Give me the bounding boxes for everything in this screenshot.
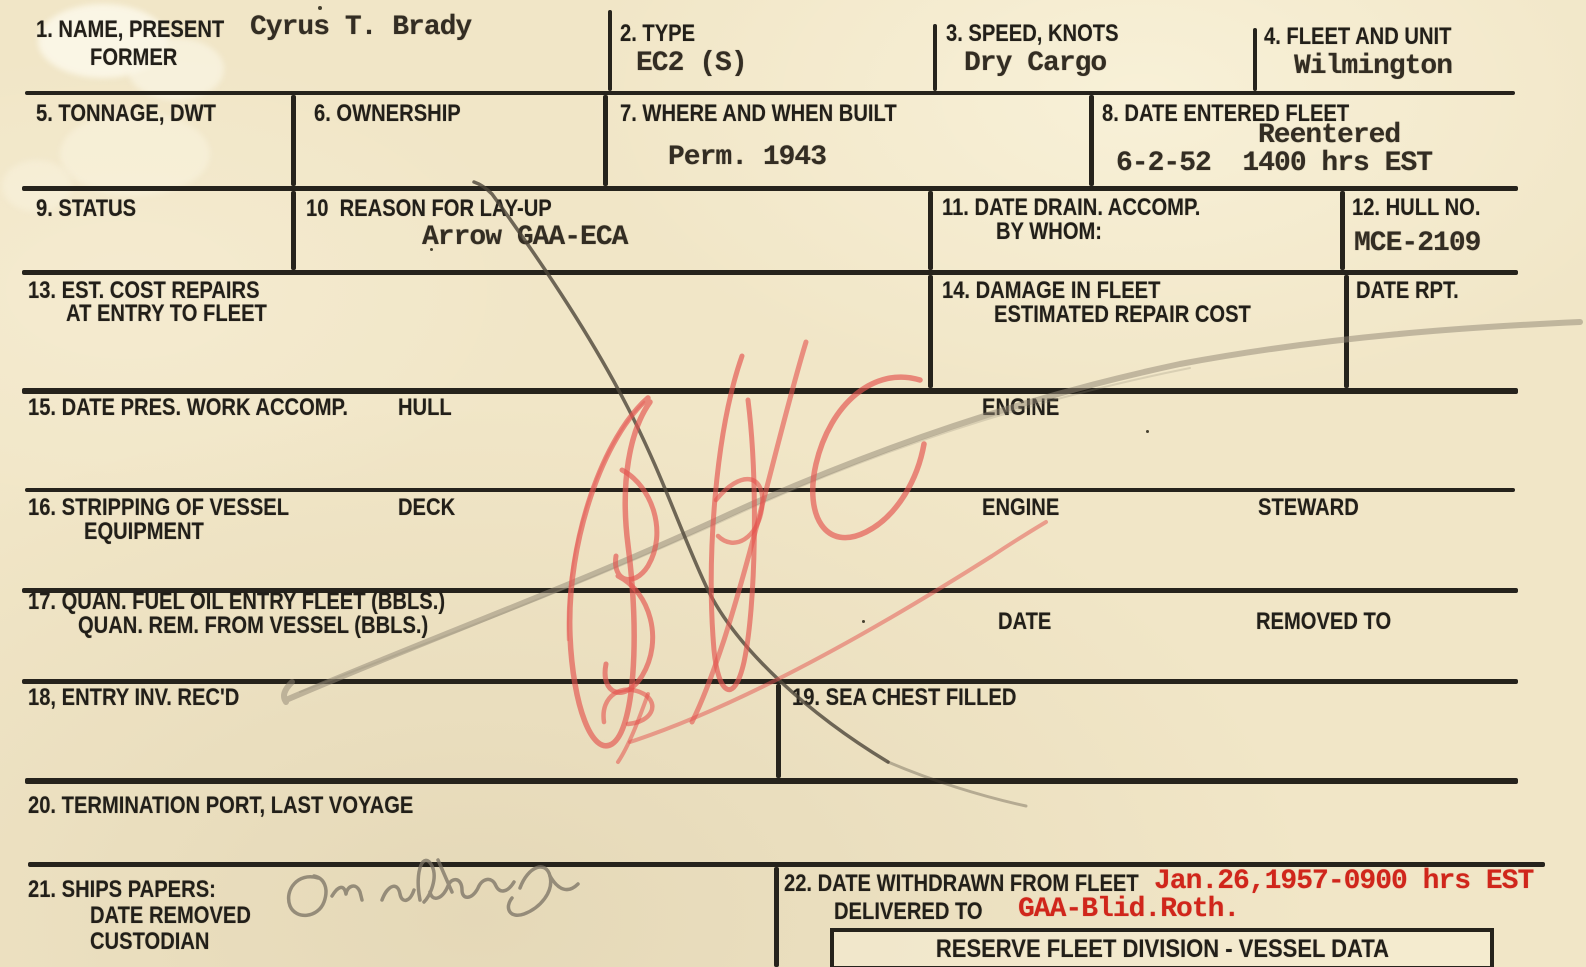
field-value-date-entered: 6-2-52 1400 hrs EST	[1116, 150, 1432, 178]
field-value-built: Perm. 1943	[668, 144, 826, 172]
field-label-steward: STEWARD	[1258, 496, 1359, 520]
field-label-former: FORMER	[90, 46, 177, 70]
pencil-note-handwriting	[289, 860, 578, 915]
field-label-date-drain: 11. DATE DRAIN. ACCOMP.	[942, 196, 1200, 220]
grid-vline	[1089, 95, 1094, 186]
field-label-where-when-built: 7. WHERE AND WHEN BUILT	[620, 102, 897, 126]
grid-vline	[1340, 191, 1345, 270]
grid-vline	[608, 10, 612, 91]
field-value-fleet: Wilmington	[1294, 53, 1452, 81]
field-label-deck: DECK	[398, 496, 455, 520]
field-label-engine-2: ENGINE	[982, 496, 1059, 520]
field-label-termination-port: 20. TERMINATION PORT, LAST VOYAGE	[28, 794, 413, 818]
grid-vline	[603, 95, 608, 186]
field-label-speed-knots: 3. SPEED, KNOTS	[946, 22, 1119, 46]
grid-hline	[22, 186, 1518, 191]
field-value-reentered: Reentered	[1258, 122, 1400, 150]
field-label-fleet-and-unit: 4. FLEET AND UNIT	[1264, 25, 1451, 49]
field-value-delivered-to: GAA-Blid.Roth.	[1018, 896, 1239, 924]
field-label-date-removed: DATE REMOVED	[90, 904, 251, 928]
field-label-date-withdrawn: 22. DATE WITHDRAWN FROM FLEET	[784, 872, 1139, 896]
grid-vline	[928, 275, 933, 388]
field-label-by-whom: BY WHOM:	[996, 220, 1102, 244]
field-label-fuel-oil-entry: 17. QUAN. FUEL OIL ENTRY FLEET (BBLS.)	[28, 590, 445, 614]
field-label-ownership: 6. OWNERSHIP	[314, 102, 461, 126]
dark-pencil-line	[474, 182, 1026, 806]
grid-vline	[291, 191, 296, 270]
field-label-sea-chest-filled: 19. SEA CHEST FILLED	[792, 686, 1016, 710]
field-value-speed: Dry Cargo	[964, 50, 1106, 78]
grid-hline	[25, 91, 1515, 95]
grid-vline	[291, 95, 296, 186]
field-value-type: EC2 (S)	[636, 50, 747, 78]
field-label-equipment: EQUIPMENT	[84, 520, 204, 544]
field-label-at-entry-to-fleet: AT ENTRY TO FLEET	[66, 302, 267, 326]
grid-vline	[928, 191, 933, 270]
field-label-date: DATE	[998, 610, 1051, 634]
vessel-data-card: 1. NAME, PRESENT Cyrus T. Brady FORMER 2…	[0, 0, 1586, 967]
field-label-removed-to: REMOVED TO	[1256, 610, 1391, 634]
ink-speck	[1146, 430, 1149, 433]
field-label-reason-layup: 10 REASON FOR LAY-UP	[306, 197, 552, 221]
grid-vline	[933, 24, 937, 91]
field-value-hull-no: MCE-2109	[1354, 230, 1480, 258]
grid-hline	[25, 778, 1518, 784]
field-label-type: 2. TYPE	[620, 22, 695, 46]
field-label-estimated-repair-cost: ESTIMATED REPAIR COST	[994, 303, 1251, 327]
field-label-fuel-oil-removed: QUAN. REM. FROM VESSEL (BBLS.)	[78, 614, 428, 638]
field-label-damage-in-fleet: 14. DAMAGE IN FLEET	[942, 279, 1160, 303]
footer-title-box: RESERVE FLEET DIVISION - VESSEL DATA	[830, 928, 1494, 967]
field-value-date-withdrawn: Jan.26,1957-0900 hrs EST	[1154, 868, 1533, 896]
footer-title: RESERVE FLEET DIVISION - VESSEL DATA	[935, 935, 1388, 964]
field-label-hull-no: 12. HULL NO.	[1352, 196, 1480, 220]
grid-hline	[22, 679, 1518, 684]
field-label-custodian: CUSTODIAN	[90, 930, 209, 954]
field-label-name-present: 1. NAME, PRESENT	[36, 18, 224, 42]
field-value-reason-layup: Arrow GAA-ECA	[422, 224, 627, 252]
grid-vline	[776, 684, 781, 778]
field-label-stripping-of-vessel: 16. STRIPPING OF VESSEL	[28, 496, 289, 520]
field-label-ships-papers: 21. SHIPS PAPERS:	[28, 878, 216, 902]
grid-vline	[1344, 275, 1349, 388]
field-label-date-rpt: DATE RPT.	[1356, 279, 1459, 303]
field-label-date-pres-work: 15. DATE PRES. WORK ACCOMP.	[28, 396, 348, 420]
field-label-entry-inv-recd: 18, ENTRY INV. REC'D	[28, 686, 239, 710]
field-label-hull: HULL	[398, 396, 452, 420]
field-value-vessel-name: Cyrus T. Brady	[250, 14, 471, 42]
field-label-status: 9. STATUS	[36, 197, 136, 221]
grid-vline	[774, 867, 779, 967]
field-label-engine-1: ENGINE	[982, 396, 1059, 420]
grid-vline	[1253, 28, 1257, 91]
ink-speck	[318, 6, 322, 10]
grid-hline	[25, 488, 1515, 492]
field-label-tonnage: 5. TONNAGE, DWT	[36, 102, 216, 126]
ink-speck	[862, 620, 865, 623]
field-label-delivered-to: DELIVERED TO	[834, 900, 983, 924]
grid-hline	[22, 270, 1518, 275]
